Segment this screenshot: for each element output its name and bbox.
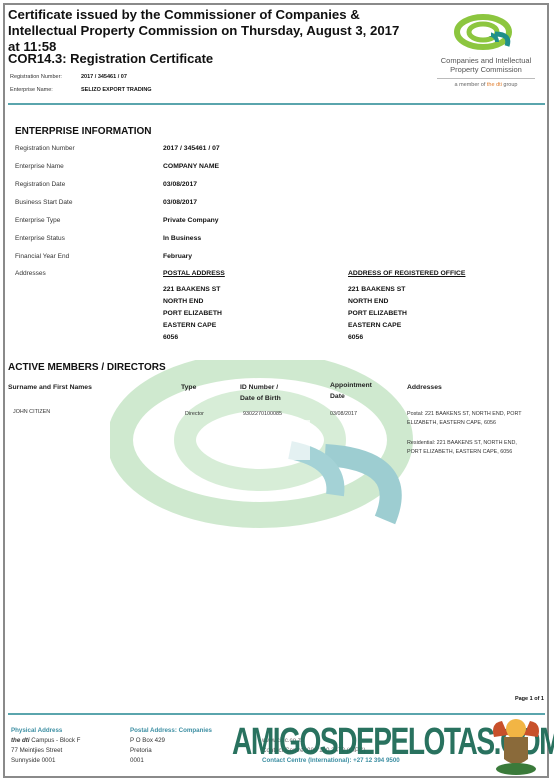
col-name: Surname and First Names [8, 382, 92, 393]
certificate-title: Certificate issued by the Commissioner o… [8, 7, 408, 55]
info-row-enterprise-name: Enterprise NameCOMPANY NAME [15, 163, 535, 175]
footer-divider [8, 713, 545, 715]
director-residential-address: Residential: 221 BAAKENS ST, NORTH END, … [407, 439, 532, 457]
info-row-registration-number: Registration Number2017 / 345461 / 07 [15, 145, 535, 157]
col-appointment: Appointment Date [330, 380, 372, 402]
info-row-business-start-date: Business Start Date03/08/2017 [15, 199, 535, 211]
director-name: JOHN CITIZEN [13, 408, 50, 417]
director-type: Director [185, 410, 204, 419]
cipc-logo-icon [453, 12, 519, 54]
info-row-enterprise-status: Enterprise StatusIn Business [15, 235, 535, 247]
meta-registration-number: Registration Number:2017 / 345461 / 07 [10, 74, 127, 80]
director-id: 9302270100085 [243, 410, 282, 419]
info-row-registration-date: Registration Date03/08/2017 [15, 181, 535, 193]
header-divider [8, 103, 545, 105]
meta-enterprise-name: Enterprise Name:SELIZO EXPORT TRADING [10, 87, 152, 93]
form-title: COR14.3: Registration Certificate [8, 51, 213, 66]
postal-address: POSTAL ADDRESS 221 BAAKENS STNORTH ENDPO… [163, 268, 225, 344]
logo-divider [437, 78, 535, 79]
director-appointment: 03/08/2017 [330, 410, 357, 419]
directors-heading: ACTIVE MEMBERS / DIRECTORS [8, 362, 166, 373]
org-name: Companies and IntellectualProperty Commi… [430, 56, 542, 74]
col-id: ID Number / Date of Birth [240, 382, 281, 404]
footer-postal-address: Postal Address: Companies P O Box 429 Pr… [130, 726, 212, 766]
registered-office-address: ADDRESS OF REGISTERED OFFICE 221 BAAKENS… [348, 268, 465, 344]
col-addresses: Addresses [407, 382, 442, 393]
col-type: Type [181, 382, 196, 393]
info-row-financial-year-end: Financial Year EndFebruary [15, 253, 535, 265]
enterprise-info-heading: ENTERPRISE INFORMATION [15, 126, 151, 137]
coat-of-arms-icon [488, 715, 544, 779]
member-of-dti: a member of the dti group [430, 82, 542, 88]
page-number: Page 1 of 1 [515, 696, 544, 702]
director-postal-address: Postal: 221 BAAKENS ST, NORTH END, PORT … [407, 410, 532, 428]
footer-physical-address: Physical Address the dti Campus - Block … [11, 726, 80, 766]
cipc-logo: Companies and IntellectualProperty Commi… [430, 12, 542, 88]
info-row-enterprise-type: Enterprise TypePrivate Company [15, 217, 535, 229]
